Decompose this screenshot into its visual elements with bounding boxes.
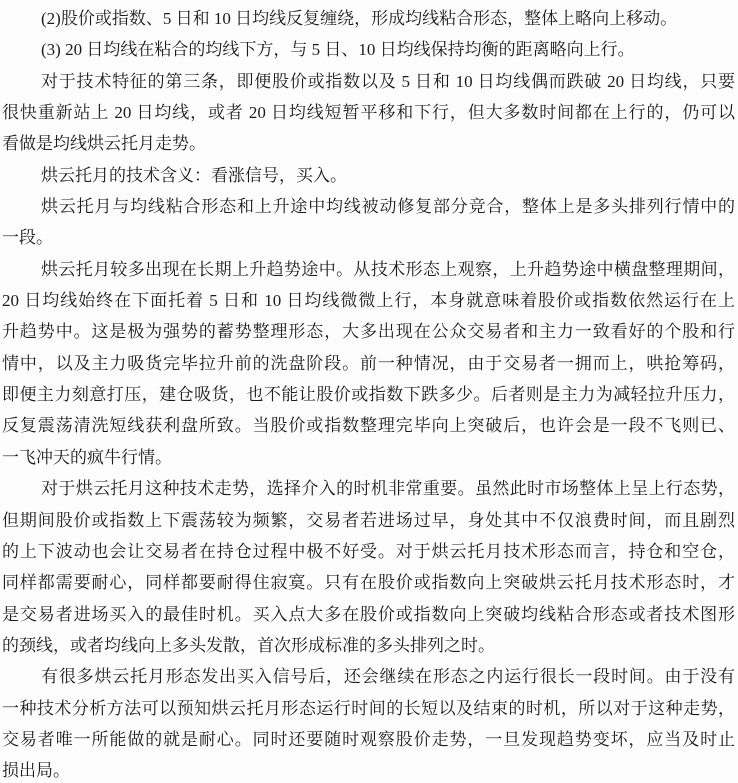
text-line: 看做是均线烘云托月走势。 <box>2 128 735 159</box>
text-line: 烘云托月与均线粘合形态和上升途中均线被动修复部分竞合，整体上是多头排列行情中的 <box>2 191 735 222</box>
text-line: 对于技术特征的第三条，即便股价或指数以及 5 日和 10 日均线偶而跌破 20 … <box>2 66 735 97</box>
text-line: 同样都需要耐心，同样都要耐得住寂寞。只有在股价或指数向上突破烘云托月技术形态时，… <box>2 567 735 598</box>
paragraph: 有很多烘云托月形态发出买入信号后，还会继续在形态之内运行很长一段时间。由于没有一… <box>2 661 735 783</box>
text-line: 情中，以及主力吸货完毕拉升前的洗盘阶段。前一种情况，由于交易者一拥而上，哄抢筹码… <box>2 348 735 379</box>
text-body: (2)股价或指数、5 日和 10 日均线反复缠绕，形成均线粘合形态，整体上略向上… <box>2 3 735 783</box>
paragraph: 烘云托月较多出现在长期上升趋势途中。从技术形态上观察，上升趋势途中横盘整理期间，… <box>2 254 735 473</box>
paragraph: 对于技术特征的第三条，即便股价或指数以及 5 日和 10 日均线偶而跌破 20 … <box>2 66 735 160</box>
text-line: 反复震荡清洗短线获利盘所致。当股价或指数整理完毕向上突破后，也许会是一段不飞则已… <box>2 410 735 441</box>
document-page: (2)股价或指数、5 日和 10 日均线反复缠绕，形成均线粘合形态，整体上略向上… <box>0 0 738 783</box>
text-line: 一飞冲天的疯牛行情。 <box>2 442 735 473</box>
text-line: 一段。 <box>2 222 735 253</box>
text-line: 对于烘云托月这种技术走势，选择介入的时机非常重要。虽然此时市场整体上呈上行态势， <box>2 473 735 504</box>
text-line: 很快重新站上 20 日均线，或者 20 日均线短暂平移和下行，但大多数时间都在上… <box>2 97 735 128</box>
text-line: 20 日均线始终在下面托着 5 日和 10 日均线微微上行，本身就意味着股价或指… <box>2 285 735 316</box>
text-line: 的颈线，或者均线向上多头发散，首次形成标准的多头排列之时。 <box>2 630 735 661</box>
text-line: (2)股价或指数、5 日和 10 日均线反复缠绕，形成均线粘合形态，整体上略向上… <box>2 3 735 34</box>
text-line: (3) 20 日均线在粘合的均线下方，与 5 日、10 日均线保持均衡的距离略向… <box>2 34 735 65</box>
text-line: 的上下波动也会让交易者在持仓过程中极不好受。对于烘云托月技术形态而言，持仓和空仓… <box>2 536 735 567</box>
text-line: 烘云托月的技术含义：看涨信号，买入。 <box>2 160 735 191</box>
text-line: 一种技术分析方法可以预知烘云托月形态运行时间的长短以及结束的时机，所以对于这种走… <box>2 693 735 724</box>
text-line: 有很多烘云托月形态发出买入信号后，还会继续在形态之内运行很长一段时间。由于没有 <box>2 661 735 692</box>
paragraph: (3) 20 日均线在粘合的均线下方，与 5 日、10 日均线保持均衡的距离略向… <box>2 34 735 65</box>
text-line: 交易者唯一所能做的就是耐心。同时还要随时观察股价走势，一旦发现趋势变坏，应当及时… <box>2 724 735 755</box>
paragraph: 烘云托月与均线粘合形态和上升途中均线被动修复部分竞合，整体上是多头排列行情中的一… <box>2 191 735 254</box>
text-line: 但期间股价或指数上下震荡较为频繁，交易者若进场过早，身处其中不仅浪费时间，而且剧… <box>2 505 735 536</box>
paragraph: 烘云托月的技术含义：看涨信号，买入。 <box>2 160 735 191</box>
paragraph: 对于烘云托月这种技术走势，选择介入的时机非常重要。虽然此时市场整体上呈上行态势，… <box>2 473 735 661</box>
text-line: 损出局。 <box>2 755 735 783</box>
text-line: 是交易者进场买入的最佳时机。买入点大多在股价或指数向上突破均线粘合形态或者技术图… <box>2 599 735 630</box>
text-line: 烘云托月较多出现在长期上升趋势途中。从技术形态上观察，上升趋势途中横盘整理期间， <box>2 254 735 285</box>
text-line: 即便主力刻意打压，建仓吸货，也不能让股价或指数下跌多少。后者则是主力为减轻拉升压… <box>2 379 735 410</box>
paragraph: (2)股价或指数、5 日和 10 日均线反复缠绕，形成均线粘合形态，整体上略向上… <box>2 3 735 34</box>
text-line: 升趋势中。这是极为强势的蓄势整理形态，大多出现在公众交易者和主力一致看好的个股和… <box>2 316 735 347</box>
